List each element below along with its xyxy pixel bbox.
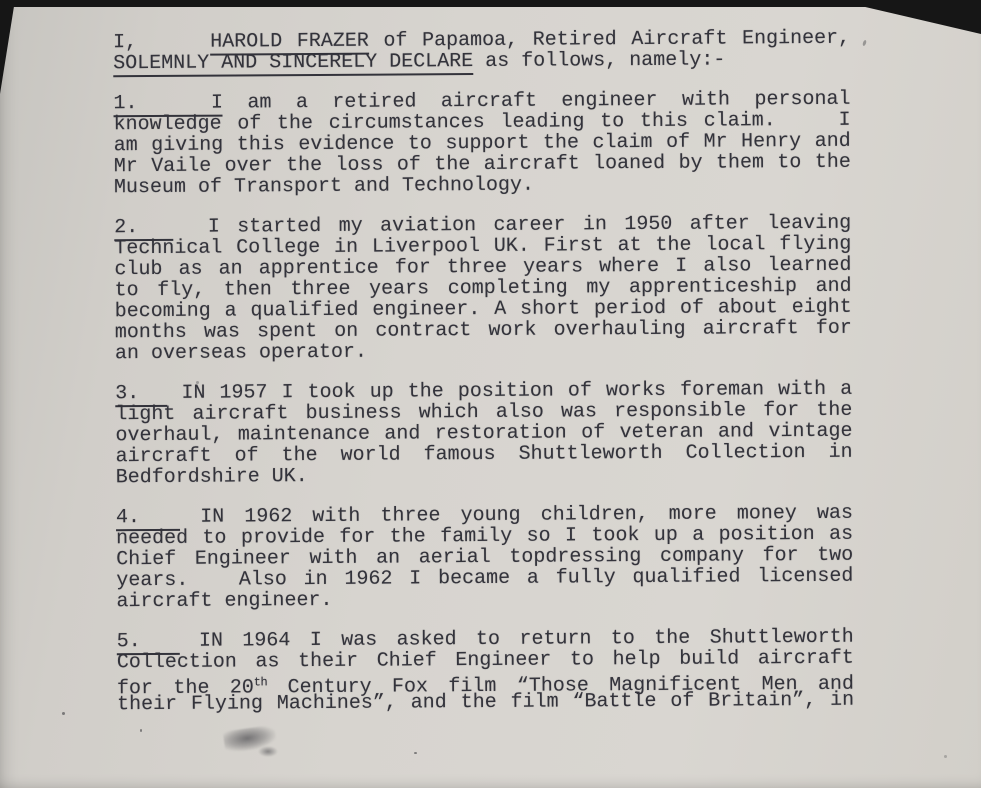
- text-line: aircraft engineer.: [116, 587, 853, 613]
- scan-speck: [414, 752, 417, 754]
- text-line: aircraft of the world famous Shuttlewort…: [116, 442, 853, 468]
- text-segment: an overseas operator.: [115, 341, 367, 366]
- scan-speck: [944, 755, 947, 758]
- declaration-paragraphs: 1. I am a retired aircraft engineer with…: [113, 89, 854, 715]
- document-page: I, HAROLD FRAZER of Papamoa, Retired Air…: [0, 0, 981, 788]
- text-line: their Flying Machines”, and the film “Ba…: [117, 690, 854, 716]
- text-segment: aircraft engineer.: [116, 589, 332, 613]
- text-segment: Bedfordshire UK.: [116, 465, 308, 489]
- declaration-intro: I, HAROLD FRAZER of Papamoa, Retired Air…: [113, 28, 850, 75]
- text-line: Museum of Transport and Technology.: [114, 173, 851, 199]
- superscript-text: th: [254, 675, 267, 689]
- text-line: years. Also in 1962 I became a fully qua…: [116, 566, 853, 592]
- scan-speck: [140, 729, 142, 732]
- scan-speck: [196, 381, 199, 384]
- text-segment: Museum of Transport and Technology.: [114, 174, 534, 200]
- text-line: an overseas operator.: [115, 339, 852, 365]
- declaration-paragraph: 3. IN 1957 I took up the position of wor…: [115, 379, 853, 489]
- scan-edge-top: [0, 0, 981, 7]
- declaration-paragraph: 5. IN 1964 I was asked to return to the …: [117, 627, 854, 716]
- text-segment: years. Also in 1962 I became a fully qua…: [116, 565, 853, 593]
- underlined-text: SOLEMNLY AND SINCERELY DECLARE: [113, 50, 473, 77]
- declaration-paragraph: 1. I am a retired aircraft engineer with…: [113, 89, 851, 199]
- declaration-paragraph: 4. IN 1962 with three young children, mo…: [116, 503, 854, 613]
- declaration-paragraph: 2. I started my aviation career in 1950 …: [114, 213, 852, 364]
- text-segment: aircraft of the world famous Shuttlewort…: [116, 441, 853, 469]
- text-line: months was spent on contract work overha…: [115, 318, 852, 344]
- text-segment: months was spent on contract work overha…: [115, 317, 852, 345]
- declaration-text: I, HAROLD FRAZER of Papamoa, Retired Air…: [113, 28, 854, 715]
- scan-speck: [862, 40, 867, 47]
- text-segment: I,: [113, 31, 210, 55]
- text-segment: their Flying Machines”, and the film “Ba…: [117, 689, 854, 717]
- ink-smudge-small: [258, 746, 278, 757]
- text-segment: as follows, namely:-: [473, 49, 725, 74]
- scan-speck: [62, 712, 65, 715]
- text-line: SOLEMNLY AND SINCERELY DECLARE as follow…: [113, 49, 850, 75]
- text-line: Bedfordshire UK.: [116, 463, 853, 489]
